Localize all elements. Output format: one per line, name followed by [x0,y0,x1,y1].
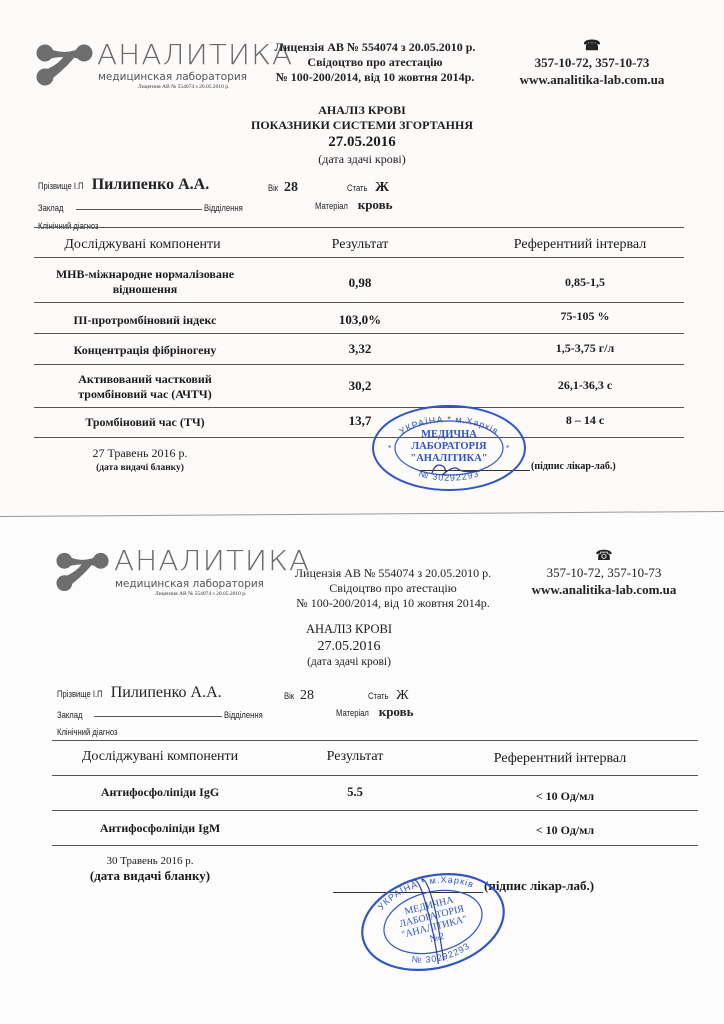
institution-blank-line [94,716,222,717]
report-subtitle: ПОКАЗНИКИ СИСТЕМИ ЗГОРТАННЯ [212,118,512,133]
table-row: Антифосфоліпіди IgM [70,821,250,836]
patient-material: кровь [358,197,393,212]
result-value: 103,0% [300,312,420,328]
result-value: 0,98 [300,275,420,291]
reference-range: < 10 Од/мл [490,789,640,804]
sex-row: Стать Ж [347,178,389,196]
age-row: Вік 28 [268,178,298,196]
svg-text:ЛАБОРАТОРІЯ: ЛАБОРАТОРІЯ [411,441,487,452]
lab-report-coagulation: АНАЛИТИКА медицинская лаборатория Лиценз… [0,0,724,518]
svg-text:№2: №2 [429,931,446,945]
logo-license-small: Лицензия АВ № 554074 з 20.05.2010 р. [155,591,246,597]
lab-logo [56,550,110,594]
institution-row: Заклад [38,198,68,216]
certificate-line: Свідоцтво про атестацію [268,581,518,596]
table-bottom-rule [34,437,684,438]
patient-sex: Ж [375,180,389,195]
reference-range: 75-105 % [500,309,670,324]
logo-license-small: Лицензия АВ № 554074 з 20.05.2010 р. [138,84,229,90]
svg-text:"АНАЛІТИКА": "АНАЛІТИКА" [410,453,487,464]
institution-label: Заклад [38,203,64,213]
department-label: Відділення [224,710,263,720]
report-title-block: АНАЛІЗ КРОВІ 27.05.2016 (дата здачі кров… [224,622,474,670]
component-name-cont: відношення [30,282,260,297]
header-reference: Референтний інтервал [490,236,670,254]
issue-date-block: 27 Травень 2016 р. (дата видачі бланку) [60,446,220,474]
material-row: Матеріал кровь [336,703,414,721]
row-rule [52,810,698,811]
logo-mark-icon [56,550,110,594]
stamp-icon: УКРАЇНА * м.Харків № 30292293 * * МЕДИЧН… [370,403,528,493]
svg-text:*: * [506,444,509,453]
svg-text:МЕДИЧНА: МЕДИЧНА [421,429,477,440]
report-title: АНАЛІЗ КРОВІ [224,622,474,638]
department-label: Відділення [204,203,243,213]
table-top-rule [34,227,684,228]
age-label: Вік [268,183,278,193]
result-value: 30,2 [300,378,420,394]
sex-label: Стать [368,691,389,701]
license-block: Лицензія АВ № 554074 з 20.05.2010 р. Сві… [268,566,518,611]
signature-label: (підпис лікар-лаб.) [531,461,616,472]
diagnosis-label: Клінічний діагноз [57,727,118,737]
patient-sex: Ж [396,688,409,703]
patient-age: 28 [300,688,314,703]
header-component: Досліджувані компоненти [60,748,260,766]
patient-name-row: Прізвище І.П Пилипенко А.А. [57,684,222,702]
institution-blank-line [76,209,202,210]
header-result: Результат [300,748,410,766]
contact-block: ☎ 357-10-72, 357-10-73 www.analitika-lab… [492,38,692,89]
sex-row: Стать Ж [368,686,409,704]
row-rule [34,333,684,334]
surname-label: Прізвище І.П [38,181,84,191]
age-row: Вік 28 [284,686,314,704]
surname-label: Прізвище І.П [57,689,103,699]
diagnosis-row: Клінічний діагноз [57,722,128,740]
logo-mark-icon [36,44,94,86]
diagnosis-row: Клінічний діагноз [38,216,109,234]
license-line: Лицензія АВ № 554074 з 20.05.2010 р. [268,566,518,581]
header-reference: Референтний інтервал [470,750,650,768]
telephone-icon: ☎ [595,550,612,564]
patient-name: Пилипенко А.А. [111,684,222,701]
sample-date-caption: (дата здачі крові) [212,152,512,167]
component-name: Активований частковий [30,372,260,387]
reference-range: 1,5-3,75 г/л [500,341,670,356]
sample-date-caption: (дата здачі крові) [224,655,474,669]
diagnosis-label: Клінічний діагноз [38,221,99,231]
certificate-number-line: № 100-200/2014, від 10 жовтня 2014р. [268,596,518,611]
result-value: 5.5 [320,785,390,801]
stamp-icon: УКРАЇНА * м.Харків № 30292293 МЕДИЧНА ЛА… [348,855,518,988]
lab-report-antiphospholipid: АНАЛИТИКА медицинская лаборатория Лиценз… [0,518,724,1024]
table-row: Активований частковий тромбіновий час (А… [30,372,260,402]
row-rule [34,407,684,408]
reference-range: 26,1-36,3 с [500,378,670,393]
website[interactable]: www.analitika-lab.com.ua [504,582,704,599]
report-title: АНАЛІЗ КРОВІ [212,103,512,118]
issue-date-caption: (дата видачі бланку) [60,868,240,885]
table-top-rule [52,740,698,741]
issue-date: 30 Травень 2016 р. [60,854,240,868]
logo-subtitle: медицинская лаборатория [98,71,247,83]
component-name-cont: тромбіновий час (АЧТЧ) [30,387,260,402]
patient-name: Пилипенко А.А. [92,176,210,193]
material-label: Матеріал [336,708,369,718]
header-rule [52,775,698,776]
table-row: Тромбіновий час (ТЧ) [30,415,260,430]
table-row: Концентрація фібріногену [30,343,260,358]
row-rule [34,302,684,303]
table-row: ПІ-протромбіновий індекс [30,313,260,328]
issue-date: 27 Травень 2016 р. [60,446,220,462]
patient-age: 28 [284,180,298,195]
certificate-line: Свідоцтво про атестацію [250,55,500,70]
issue-date-caption: (дата видачі бланку) [60,462,220,474]
certificate-number-line: № 100-200/2014, від 10 жовтня 2014р. [250,70,500,85]
table-row: МНВ-міжнародне нормалізоване відношення [30,267,260,297]
header-component: Досліджувані компоненти [30,236,255,254]
phone-numbers: 357-10-72, 357-10-73 [504,565,704,582]
institution-label: Заклад [57,710,83,720]
sex-label: Стать [347,183,368,193]
phone-numbers: 357-10-72, 357-10-73 [492,55,692,72]
row-rule [34,364,684,365]
contact-block: ☎ 357-10-72, 357-10-73 www.analitika-lab… [504,548,704,599]
svg-text:*: * [388,444,391,453]
telephone-icon: ☎ [583,40,600,54]
logo-subtitle: медицинская лаборатория [115,578,264,590]
sample-date: 27.05.2016 [224,638,474,656]
institution-row: Заклад [57,705,87,723]
material-label: Матеріал [315,201,348,211]
department-row: Відділення [204,198,250,216]
table-bottom-rule [52,845,698,846]
reference-range: 0,85-1,5 [500,275,670,290]
age-label: Вік [284,691,294,701]
reference-range: < 10 Од/мл [490,823,640,838]
sample-date: 27.05.2016 [212,133,512,152]
report-title-block: АНАЛІЗ КРОВІ ПОКАЗНИКИ СИСТЕМИ ЗГОРТАННЯ… [212,103,512,167]
header-rule [34,257,684,258]
patient-name-row: Прізвище І.П Пилипенко А.А. [38,176,209,194]
lab-stamp: УКРАЇНА * м.Харків № 30292293 * * МЕДИЧН… [370,403,528,493]
website[interactable]: www.analitika-lab.com.ua [492,72,692,89]
issue-date-block: 30 Травень 2016 р. (дата видачі бланку) [60,854,240,885]
lab-stamp: УКРАЇНА * м.Харків № 30292293 МЕДИЧНА ЛА… [348,855,518,988]
material-row: Матеріал кровь [315,196,393,214]
result-value: 3,32 [300,341,420,357]
table-row: Антифосфоліпіди IgG [70,785,250,800]
patient-material: кровь [379,704,414,719]
lab-logo [36,44,94,86]
department-row: Відділення [224,705,270,723]
license-line: Лицензія АВ № 554074 з 20.05.2010 р. [250,40,500,55]
license-block: Лицензія АВ № 554074 з 20.05.2010 р. Сві… [250,40,500,85]
header-result: Результат [300,236,420,254]
component-name: МНВ-міжнародне нормалізоване [30,267,260,282]
